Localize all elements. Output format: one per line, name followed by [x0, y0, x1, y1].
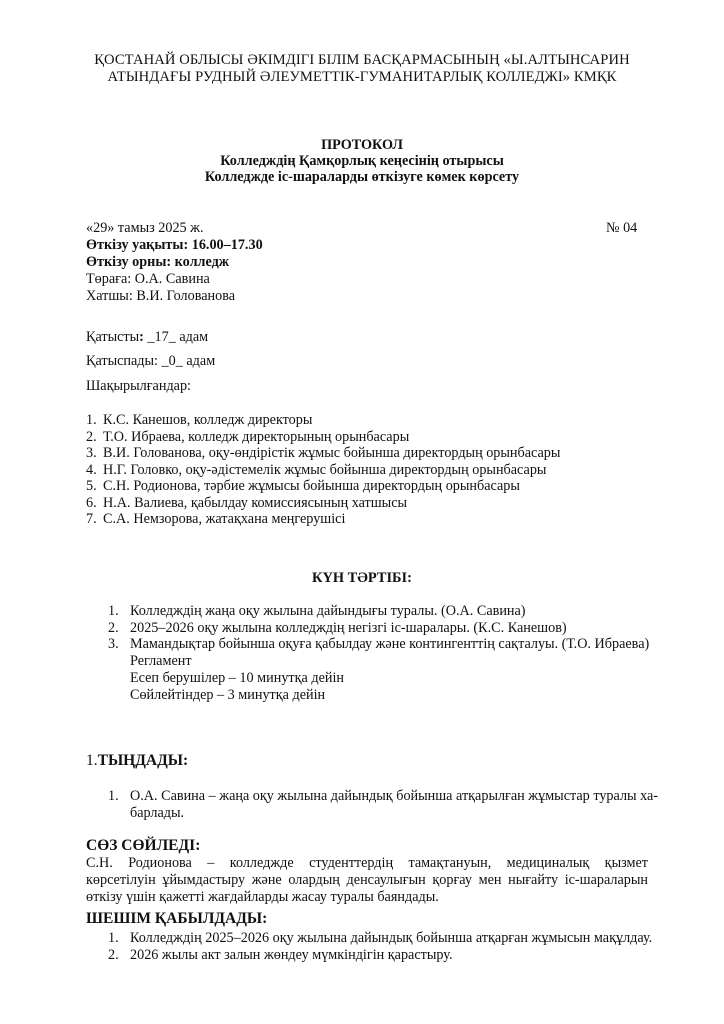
list-item: 7.С.А. Немзорова, жатақхана меңгерушісі — [86, 511, 560, 528]
spoke-text-line-1: С.Н. Родионова – колледжде студенттердің… — [86, 855, 648, 872]
list-item-text: 2026 жылы акт залын жөндеу мүмкіндігін қ… — [130, 947, 453, 963]
meeting-place: Өткізу орны: колледж — [86, 254, 229, 271]
list-item: 2.2025–2026 оқу жылына колледждің негізг… — [108, 620, 649, 637]
list-item-number: 1. — [108, 603, 119, 620]
secretary: Хатшы: В.И. Голованова — [86, 288, 235, 305]
meeting-time: Өткізу уақыты: 16.00–17.30 — [86, 237, 263, 254]
list-item-text: С.Н. Родионова, тәрбие жұмысы бойынша ди… — [103, 478, 520, 494]
list-item-number: 3. — [108, 636, 119, 653]
spoke-heading: СӨЗ СӨЙЛЕДІ: — [86, 837, 200, 855]
attendance-absent: Қатыспады: _0_ адам — [86, 353, 215, 370]
list-item-number: 1. — [108, 930, 119, 947]
listened-item-line-2: барлады. — [130, 805, 658, 822]
list-item: 1.Колледждің жаңа оқу жылына дайындығы т… — [108, 603, 649, 620]
attendance-present: Қатысты: _17_ адам — [86, 329, 208, 346]
list-item: 3.Мамандықтар бойынша оқуға қабылдау жән… — [108, 636, 649, 653]
org-line-1: ҚОСТАНАЙ ОБЛЫСЫ ӘКІМДІГІ БІЛІМ БАСҚАРМАС… — [0, 52, 724, 69]
list-item-text: Н.А. Валиева, қабылдау комиссиясының хат… — [103, 495, 407, 511]
list-item: 1.К.С. Канешов, колледж директоры — [86, 412, 560, 429]
invited-label: Шақырылғандар: — [86, 378, 191, 395]
list-item-number: 2. — [108, 947, 119, 964]
listened-item-number: 1. — [108, 788, 119, 805]
present-value: _17_ адам — [144, 329, 208, 345]
reglament-reporters: Есеп берушілер – 10 минутқа дейін — [130, 670, 344, 687]
list-item-text: Колледждің 2025–2026 оқу жылына дайындық… — [130, 930, 652, 946]
list-item-text: Т.О. Ибраева, колледж директорының орынб… — [103, 429, 409, 445]
protocol-number: № 04 — [606, 220, 637, 237]
list-item-text: Н.Г. Головко, оқу-әдістемелік жұмыс бойы… — [103, 462, 546, 478]
invited-list: 1.К.С. Канешов, колледж директоры2.Т.О. … — [86, 412, 560, 528]
list-item: 3.В.И. Голованова, оқу-өндірістік жұмыс … — [86, 445, 560, 462]
list-item-text: С.А. Немзорова, жатақхана меңгерушісі — [103, 511, 345, 527]
spoke-text: С.Н. Родионова – колледжде студенттердің… — [86, 855, 648, 906]
list-item: 5.С.Н. Родионова, тәрбие жұмысы бойынша … — [86, 478, 560, 495]
listened-item: 1. О.А. Савина – жаңа оқу жылына дайынды… — [108, 788, 658, 821]
reglament-label: Регламент — [130, 653, 192, 670]
document-subtitle-2: Колледжде іс-шараларды өткізуге көмек кө… — [0, 169, 724, 185]
document-subtitle-1: Колледждің Қамқорлық кеңесінің отырысы — [0, 153, 724, 169]
list-item-number: 5. — [86, 478, 97, 495]
listened-heading: 1.ТЫҢДАДЫ: — [86, 752, 188, 770]
list-item: 2.Т.О. Ибраева, колледж директорының оры… — [86, 429, 560, 446]
listened-prefix: 1. — [86, 752, 98, 769]
meeting-date: «29» тамыз 2025 ж. — [86, 220, 204, 237]
listened-item-line-1: О.А. Савина – жаңа оқу жылына дайындық б… — [130, 788, 658, 805]
list-item-number: 3. — [86, 445, 97, 462]
org-line-2: АТЫНДАҒЫ РУДНЫЙ ӘЛЕУМЕТТІК-ГУМАНИТАРЛЫҚ … — [0, 69, 724, 86]
list-item-number: 4. — [86, 462, 97, 479]
present-label: Қатысты — [86, 329, 139, 345]
decided-heading: ШЕШІМ ҚАБЫЛДАДЫ: — [86, 910, 267, 928]
listened-title: ТЫҢДАДЫ: — [98, 752, 189, 769]
list-item-number: 7. — [86, 511, 97, 528]
list-item-text: К.С. Канешов, колледж директоры — [103, 412, 312, 428]
list-item-number: 2. — [108, 620, 119, 637]
list-item-number: 2. — [86, 429, 97, 446]
chairperson: Төраға: О.А. Савина — [86, 271, 210, 288]
list-item: 6.Н.А. Валиева, қабылдау комиссиясының х… — [86, 495, 560, 512]
list-item: 4.Н.Г. Головко, оқу-әдістемелік жұмыс бо… — [86, 462, 560, 479]
list-item: 1.Колледждің 2025–2026 оқу жылына дайынд… — [108, 930, 652, 947]
list-item-text: 2025–2026 оқу жылына колледждің негізгі … — [130, 620, 567, 636]
reglament-speakers: Сөйлейтіндер – 3 минутқа дейін — [130, 687, 325, 704]
list-item-text: В.И. Голованова, оқу-өндірістік жұмыс бо… — [103, 445, 560, 461]
list-item: 2.2026 жылы акт залын жөндеу мүмкіндігін… — [108, 947, 652, 964]
spoke-text-rest: көрсетілуін ұйымдастыру және олардың ден… — [86, 872, 648, 905]
agenda-heading: КҮН ТӘРТІБІ: — [0, 570, 724, 587]
list-item-number: 1. — [86, 412, 97, 429]
agenda-list: 1.Колледждің жаңа оқу жылына дайындығы т… — [108, 603, 649, 653]
list-item-number: 6. — [86, 495, 97, 512]
list-item-text: Колледждің жаңа оқу жылына дайындығы тур… — [130, 603, 526, 619]
list-item-text: Мамандықтар бойынша оқуға қабылдау және … — [130, 636, 649, 652]
document-title: ПРОТОКОЛ — [0, 137, 724, 153]
document-title-block: ПРОТОКОЛ Колледждің Қамқорлық кеңесінің … — [0, 137, 724, 185]
organization-header: ҚОСТАНАЙ ОБЛЫСЫ ӘКІМДІГІ БІЛІМ БАСҚАРМАС… — [0, 52, 724, 86]
decided-list: 1.Колледждің 2025–2026 оқу жылына дайынд… — [108, 930, 652, 963]
